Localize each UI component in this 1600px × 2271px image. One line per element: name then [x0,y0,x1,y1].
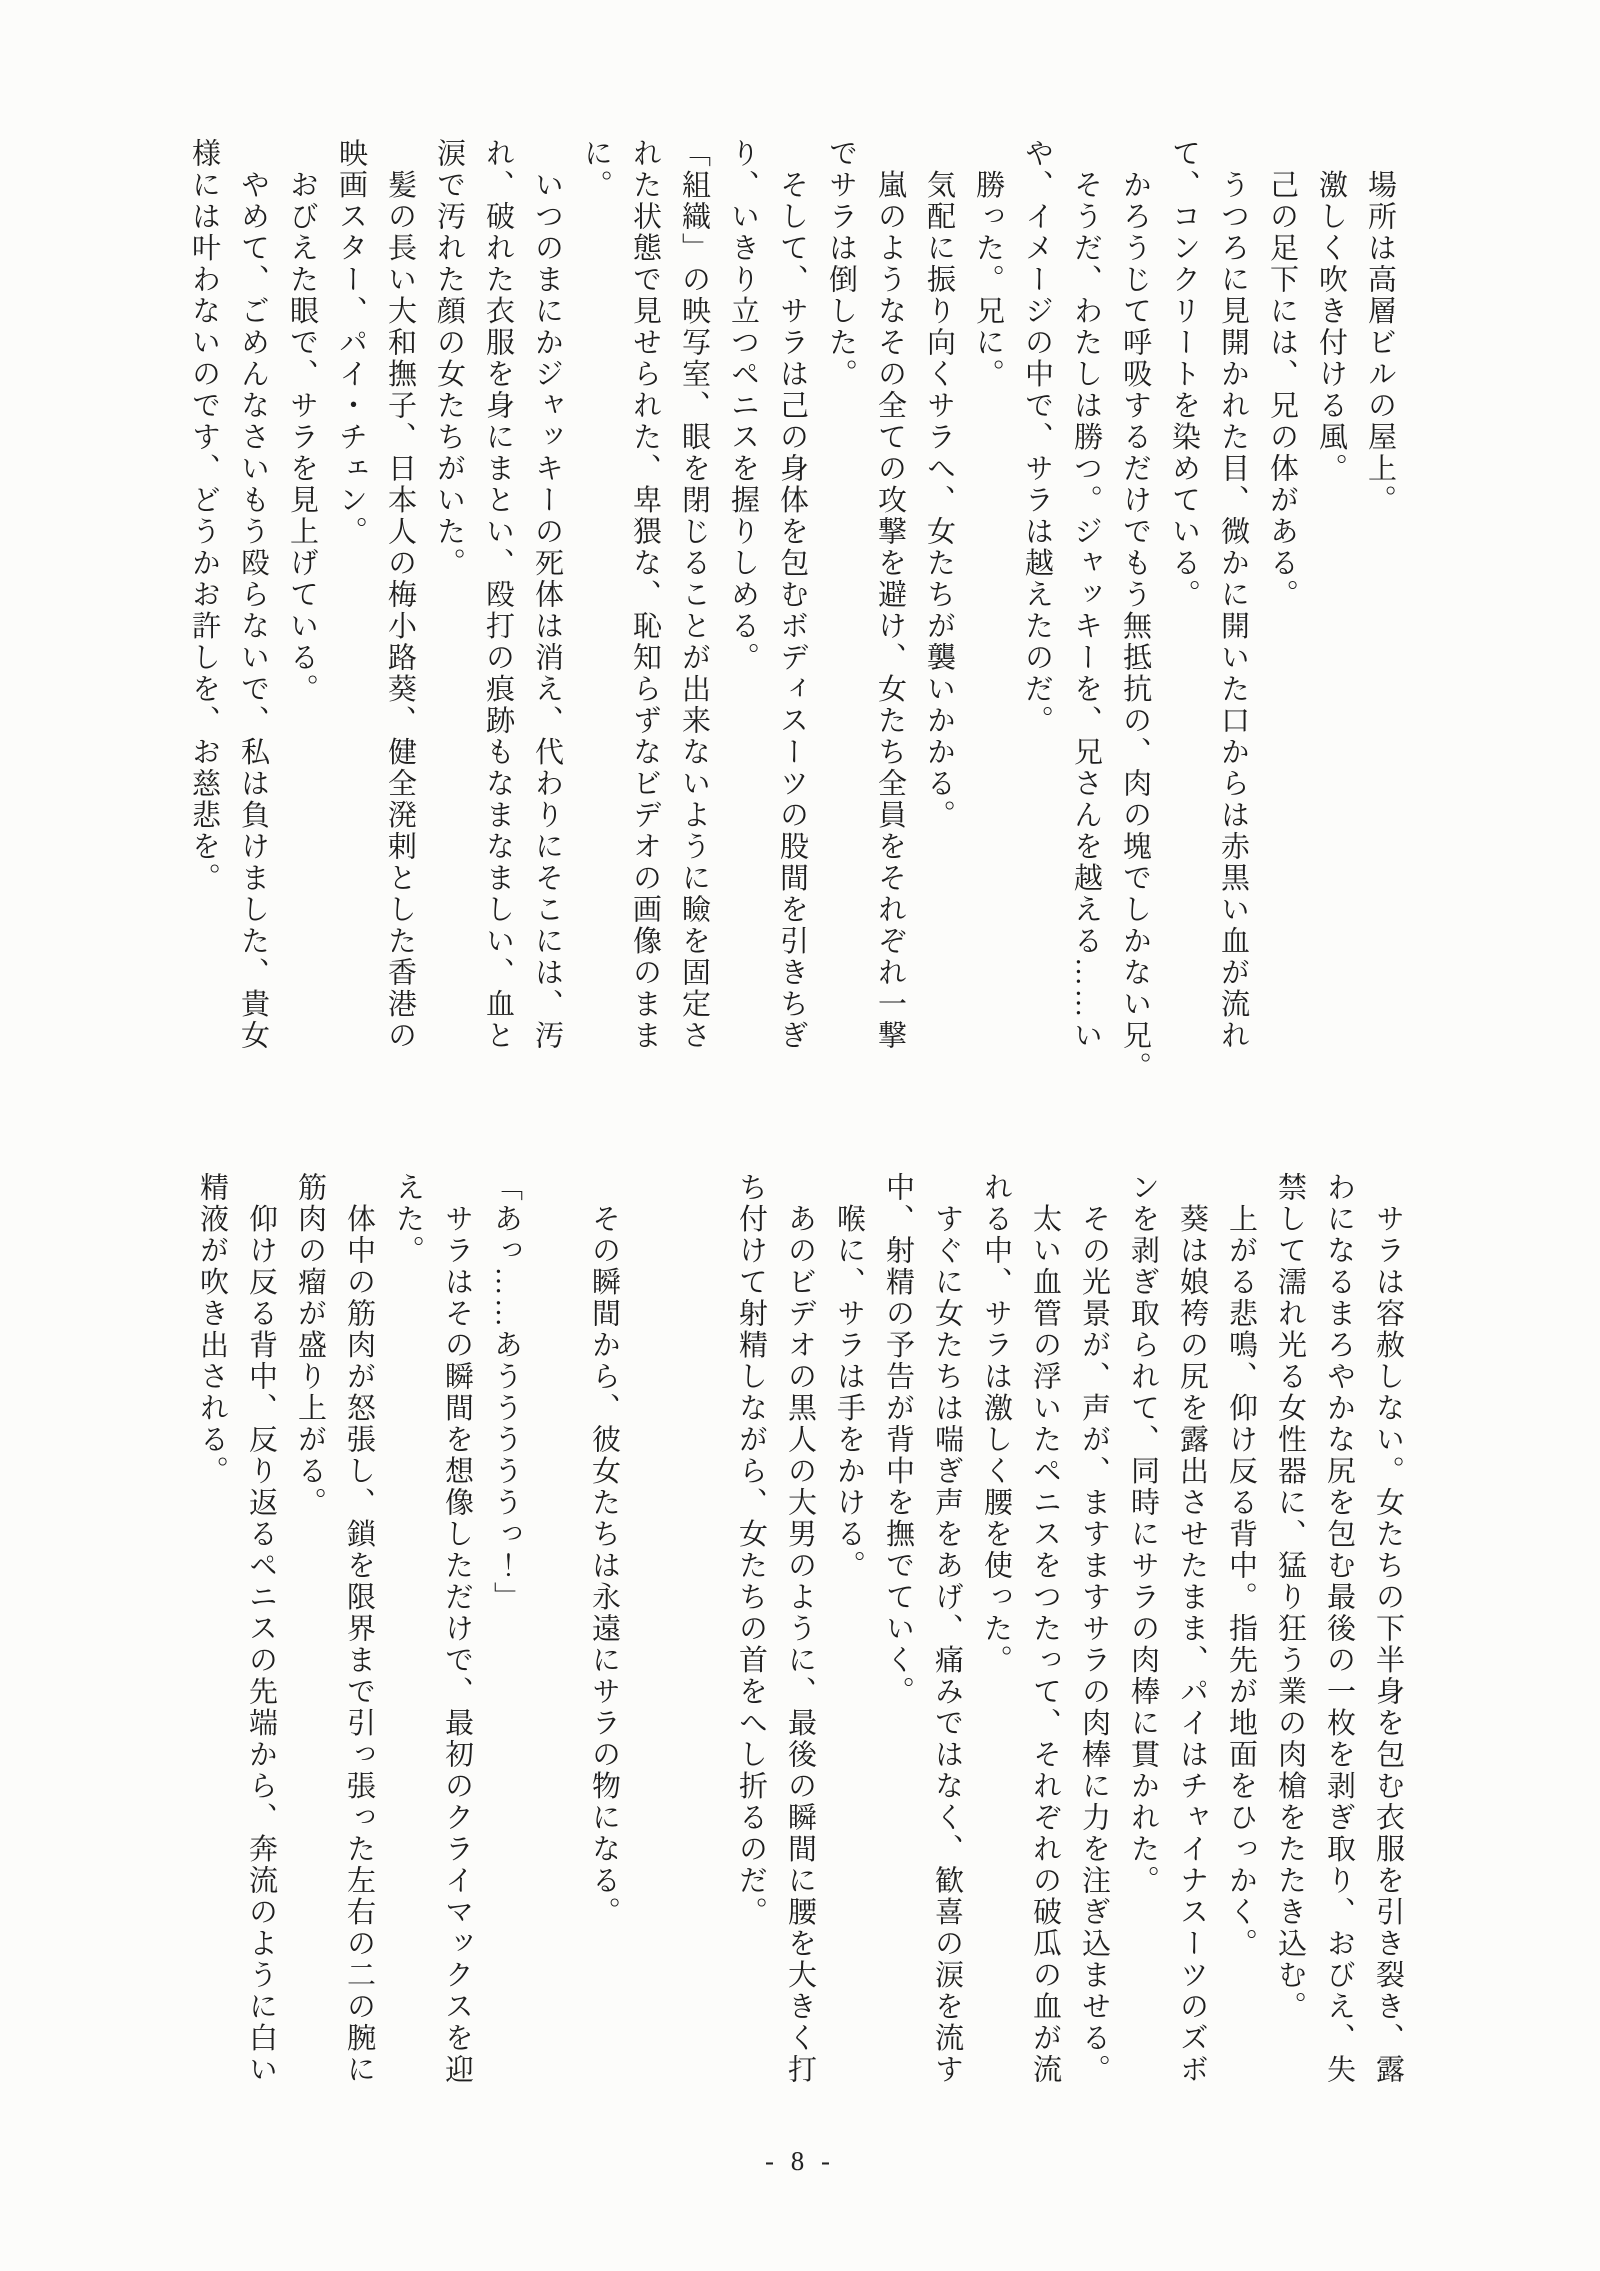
text-line: 喉に、サラは手をかける。 [824,1172,873,2122]
text-line [677,1172,726,2122]
text-line: ち付けて射精しながら、女たちの首をへし折るのだ。 [726,1172,775,2122]
text-line: そうだ、わたしは勝つ。ジャッキーを、兄さんを越える……い [1061,138,1110,1096]
text-line: でサラは倒した。 [816,138,865,1096]
text-line: 体中の筋肉が怒張し、鎖を限界まで引っ張った左右の二の腕に [334,1172,383,2122]
text-line: り、いきり立つペニスを握りしめる。 [718,138,767,1096]
text-line: 勝った。兄に。 [963,138,1012,1096]
page-number: - 8 - [0,2146,1600,2177]
text-line: 己の足下には、兄の体がある。 [1257,138,1306,1096]
text-line: その瞬間から、彼女たちは永遠にサラの物になる。 [579,1172,628,2122]
text-line: 場所は高層ビルの屋上。 [1355,138,1404,1096]
text-line: やめて、ごめんなさいもう殴らないで、私は負けました、貴女 [228,138,277,1096]
scanned-novel-page: 場所は高層ビルの屋上。 激しく吹き付ける風。 己の足下には、兄の体がある。 うつ… [0,0,1600,2271]
text-line: や、イメージの中で、サラは越えたのだ。 [1012,138,1061,1096]
text-line: いつのまにかジャッキーの死体は消え、代わりにそこには、汚 [522,138,571,1096]
text-line: 髪の長い大和撫子、日本人の梅小路葵、健全溌剌とした香港の [375,138,424,1096]
text-line [530,1172,579,2122]
text-line: そして、サラは己の身体を包むボディスーツの股間を引きちぎ [767,138,816,1096]
text-line: に。 [571,138,620,1096]
text-block-top: 場所は高層ビルの屋上。 激しく吹き付ける風。 己の足下には、兄の体がある。 うつ… [179,138,1404,1096]
text-line: 嵐のようなその全ての攻撃を避け、女たち全員をそれぞれ一撃 [865,138,914,1096]
text-line: その光景が、声が、ますますサラの肉棒に力を注ぎ込ませる。 [1069,1172,1118,2122]
text-line: ンを剥ぎ取られて、同時にサラの肉棒に貫かれた。 [1118,1172,1167,2122]
text-line: すぐに女たちは喘ぎ声をあげ、痛みではなく、歓喜の涙を流す [922,1172,971,2122]
text-line [628,1172,677,2122]
text-line: 精液が吹き出される。 [187,1172,236,2122]
text-line: 仰け反る背中、反り返るペニスの先端から、奔流のように白い [236,1172,285,2122]
text-line: サラはその瞬間を想像しただけで、最初のクライマックスを迎 [432,1172,481,2122]
text-line: 上がる悲鳴、仰け反る背中。指先が地面をひっかく。 [1216,1172,1265,2122]
text-line: わになるまろやかな尻を包む最後の一枚を剥ぎ取り、おびえ、失 [1314,1172,1363,2122]
text-line: 様には叶わないのです、どうかお許しを、お慈悲を。 [179,138,228,1096]
text-line: 筋肉の瘤が盛り上がる。 [285,1172,334,2122]
text-block-bottom: サラは容赦しない。女たちの下半身を包む衣服を引き裂き、露わになるまろやかな尻を包… [187,1172,1412,2122]
text-line: うつろに見開かれた目、微かに開いた口からは赤黒い血が流れ [1208,138,1257,1096]
text-line: れる中、サラは激しく腰を使った。 [971,1172,1020,2122]
text-line: 気配に振り向くサラへ、女たちが襲いかかる。 [914,138,963,1096]
text-line: 葵は娘袴の尻を露出させたまま、パイはチャイナスーツのズボ [1167,1172,1216,2122]
text-line: 中、射精の予告が背中を撫でていく。 [873,1172,922,2122]
text-line: えた。 [383,1172,432,2122]
text-line: れた状態で見せられた、卑猥な、恥知らずなビデオの画像のまま [620,138,669,1096]
text-line: れ、破れた衣服を身にまとい、殴打の痕跡もなまなましい、血と [473,138,522,1096]
text-line: 太い血管の浮いたペニスをつたって、それぞれの破瓜の血が流 [1020,1172,1069,2122]
text-line: かろうじて呼吸するだけでもう無抵抗の、肉の塊でしかない兄。 [1110,138,1159,1096]
text-line: 禁して濡れ光る女性器に、猛り狂う業の肉槍をたたき込む。 [1265,1172,1314,2122]
text-line: 激しく吹き付ける風。 [1306,138,1355,1096]
text-line: て、コンクリートを染めている。 [1159,138,1208,1096]
text-line: 映画スター、パイ・チェン。 [326,138,375,1096]
text-line: サラは容赦しない。女たちの下半身を包む衣服を引き裂き、露 [1363,1172,1412,2122]
text-line: おびえた眼で、サラを見上げている。 [277,138,326,1096]
text-line: 涙で汚れた顔の女たちがいた。 [424,138,473,1096]
text-line: 「あっ……あうううううっ！」 [481,1172,530,2122]
text-line: あのビデオの黒人の大男のように、最後の瞬間に腰を大きく打 [775,1172,824,2122]
text-line: 「組織」の映写室、眼を閉じることが出来ないように瞼を固定さ [669,138,718,1096]
